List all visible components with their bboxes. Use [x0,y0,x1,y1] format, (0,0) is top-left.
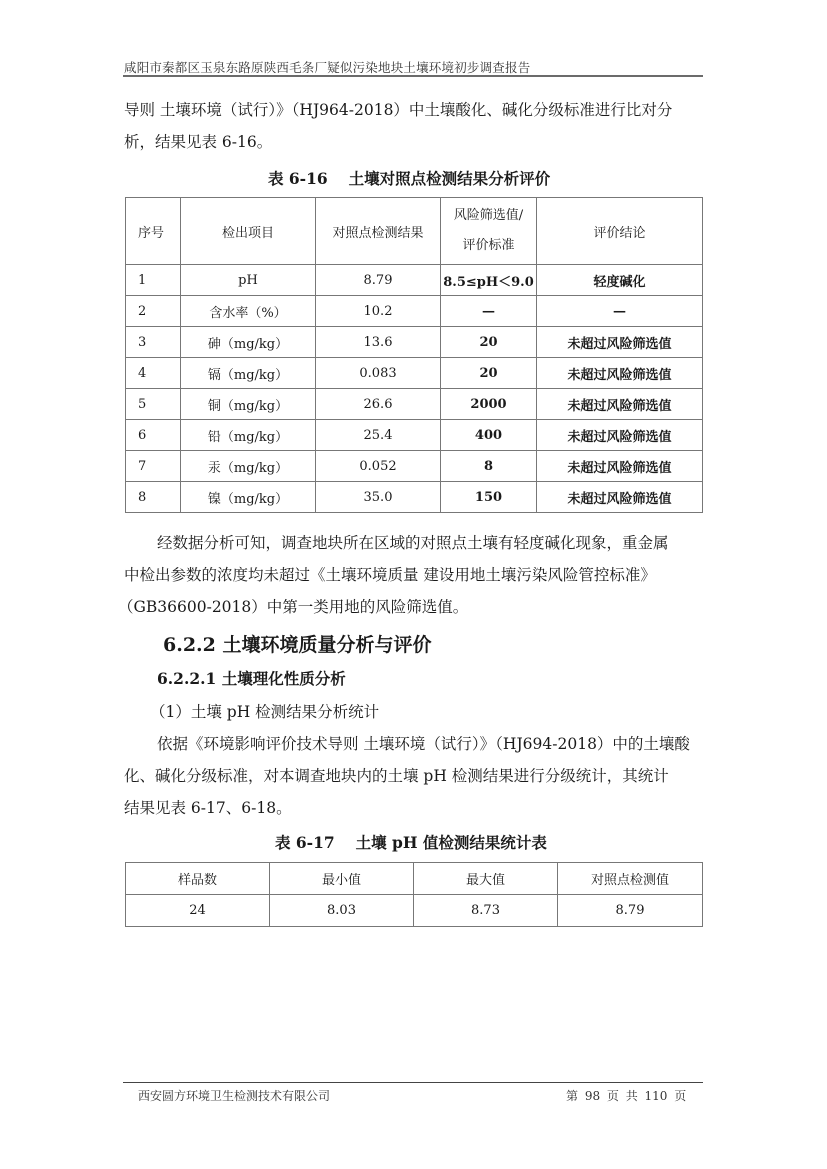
cell-sample-count: 24 [126,895,270,927]
table-caption: 表 6-16 土壤对照点检测结果分析评价 [268,167,550,189]
header-cell: 最大值 [414,863,558,895]
cell-no: 4 [126,358,181,389]
cell-standard: 2000 [441,389,537,420]
paragraph-line: 中检出参数的浓度均未超过《土壤环境质量 建设用地土壤污染风险管控标准》 [124,560,656,591]
cell-standard: 20 [441,327,537,358]
table-row: 1 pH 8.79 8.5≤pH＜9.0 轻度碱化 [126,265,703,296]
cell-conclusion: 未超过风险筛选值 [537,482,703,513]
cell-conclusion: 未超过风险筛选值 [537,327,703,358]
header-cell: 最小值 [270,863,414,895]
cell-item: 含水率（%） [181,296,316,327]
header-cell: 风险筛选值/ 评价标准 [441,198,537,265]
cell-result: 0.052 [316,451,441,482]
paragraph-line: 析，结果见表 6-16。 [124,127,272,158]
table-row: 8 镍（mg/kg） 35.0 150 未超过风险筛选值 [126,482,703,513]
cell-result: 8.79 [316,265,441,296]
cell-conclusion: — [537,296,703,327]
table-row: 4 镉（mg/kg） 0.083 20 未超过风险筛选值 [126,358,703,389]
cell-no: 2 [126,296,181,327]
footer-divider [123,1082,703,1083]
page-number: 第 98 页 共 110 页 [566,1087,686,1104]
cell-item: 镉（mg/kg） [181,358,316,389]
paragraph-line: 依据《环境影响评价技术导则 土壤环境（试行）》（HJ694-2018）中的土壤酸 [157,729,690,760]
cell-standard: — [441,296,537,327]
paragraph-line: 经数据分析可知，调查地块所在区域的对照点土壤有轻度碱化现象，重金属 [157,528,669,559]
header-cell: 评价结论 [537,198,703,265]
cell-item: 汞（mg/kg） [181,451,316,482]
table-row: 2 含水率（%） 10.2 — — [126,296,703,327]
table-caption: 表 6-17 土壤 pH 值检测结果统计表 [275,831,547,853]
cell-control: 8.79 [558,895,703,927]
cell-item: 砷（mg/kg） [181,327,316,358]
cell-standard: 400 [441,420,537,451]
paragraph-line: 结果见表 6-17、6-18。 [124,793,292,824]
cell-no: 3 [126,327,181,358]
subsection-heading: 6.2.2.1 土壤理化性质分析 [157,667,346,689]
table-row: 24 8.03 8.73 8.79 [126,895,703,927]
cell-min: 8.03 [270,895,414,927]
paragraph-line: 化、碱化分级标准，对本调查地块内的土壤 pH 检测结果进行分级统计，其统计 [124,761,669,792]
table-row: 3 砷（mg/kg） 13.6 20 未超过风险筛选值 [126,327,703,358]
paragraph-line: （GB36600-2018）中第一类用地的风险筛选值。 [118,592,468,623]
cell-result: 10.2 [316,296,441,327]
cell-conclusion: 未超过风险筛选值 [537,420,703,451]
table-header-row: 序号 检出项目 对照点检测结果 风险筛选值/ 评价标准 评价结论 [126,198,703,265]
section-heading: 6.2.2 土壤环境质量分析与评价 [163,630,432,657]
ph-statistics-table: 样品数 最小值 最大值 对照点检测值 24 8.03 8.73 8.79 [125,862,703,927]
cell-result: 13.6 [316,327,441,358]
cell-no: 6 [126,420,181,451]
cell-item: 铅（mg/kg） [181,420,316,451]
header-divider [123,75,703,77]
table-header-row: 样品数 最小值 最大值 对照点检测值 [126,863,703,895]
header-cell: 检出项目 [181,198,316,265]
cell-result: 26.6 [316,389,441,420]
cell-no: 8 [126,482,181,513]
cell-standard: 150 [441,482,537,513]
cell-conclusion: 未超过风险筛选值 [537,389,703,420]
cell-result: 35.0 [316,482,441,513]
header-cell-line: 风险筛选值/ [441,201,536,231]
cell-no: 5 [126,389,181,420]
header-cell: 序号 [126,198,181,265]
footer-company: 西安圆方环境卫生检测技术有限公司 [138,1087,330,1104]
table-row: 6 铅（mg/kg） 25.4 400 未超过风险筛选值 [126,420,703,451]
cell-conclusion: 未超过风险筛选值 [537,451,703,482]
cell-result: 25.4 [316,420,441,451]
cell-conclusion: 未超过风险筛选值 [537,358,703,389]
list-item: （1）土壤 pH 检测结果分析统计 [150,697,379,728]
cell-item: pH [181,265,316,296]
cell-standard: 20 [441,358,537,389]
cell-standard: 8 [441,451,537,482]
header-cell: 对照点检测值 [558,863,703,895]
cell-item: 铜（mg/kg） [181,389,316,420]
cell-no: 1 [126,265,181,296]
header-cell: 样品数 [126,863,270,895]
control-point-evaluation-table: 序号 检出项目 对照点检测结果 风险筛选值/ 评价标准 评价结论 1 pH 8.… [125,197,703,513]
table-row: 7 汞（mg/kg） 0.052 8 未超过风险筛选值 [126,451,703,482]
cell-item: 镍（mg/kg） [181,482,316,513]
table-row: 5 铜（mg/kg） 26.6 2000 未超过风险筛选值 [126,389,703,420]
paragraph-line: 导则 土壤环境（试行）》（HJ964-2018）中土壤酸化、碱化分级标准进行比对… [124,95,672,126]
cell-max: 8.73 [414,895,558,927]
running-header: 咸阳市秦都区玉泉东路原陕西毛条厂疑似污染地块土壤环境初步调查报告 [124,58,530,76]
cell-no: 7 [126,451,181,482]
header-cell: 对照点检测结果 [316,198,441,265]
cell-conclusion: 轻度碱化 [537,265,703,296]
cell-standard: 8.5≤pH＜9.0 [441,265,537,296]
header-cell-line: 评价标准 [441,231,536,261]
cell-result: 0.083 [316,358,441,389]
